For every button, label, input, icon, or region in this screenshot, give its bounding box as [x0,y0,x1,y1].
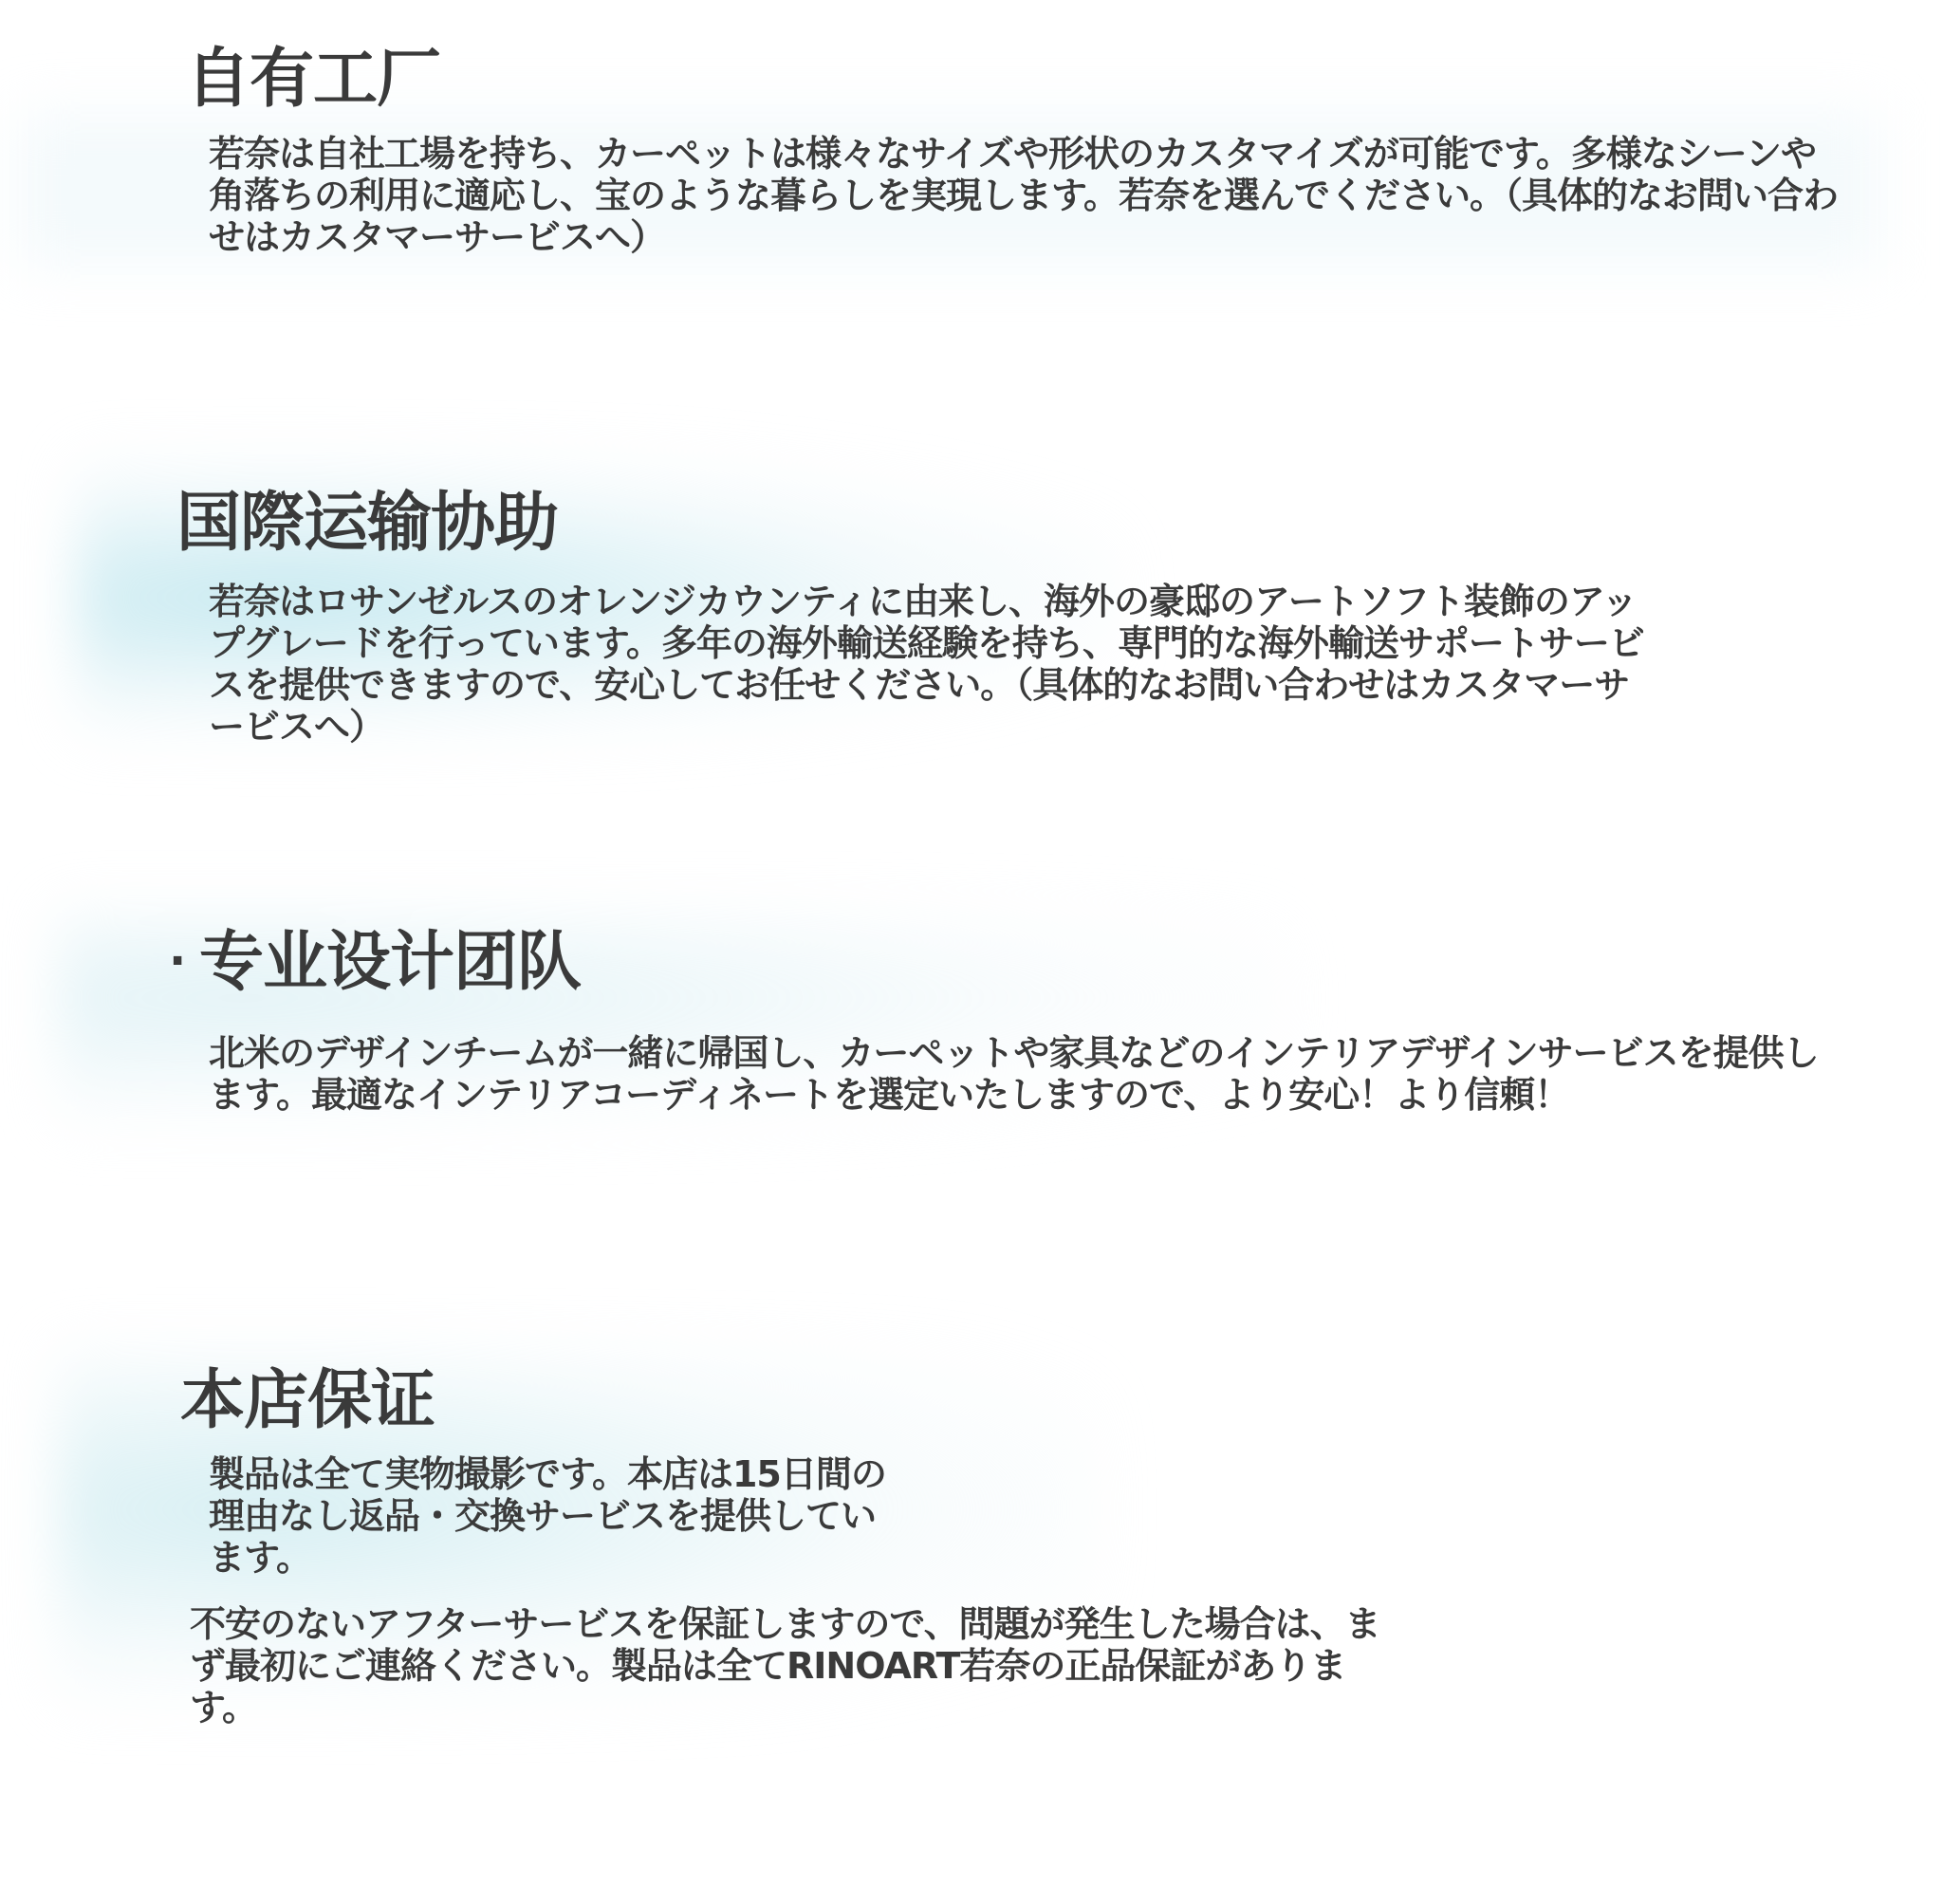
section-description: 若奈は自社工場を持ち、カーペットは様々なサイズや形状のカスタマイズが可能です。多… [209,133,1841,258]
section-title: 自有工厂 [186,42,440,118]
section-title: 本店保证 [180,1363,435,1439]
section-note: 不安のないアフターサービスを保証しますので、問題が発生した場合は、まず最初にご連… [190,1603,1404,1728]
bullet-dot-icon: · [169,934,186,988]
section-description: 若奈はロサンゼルスのオレンジカウンティに由来し、海外の豪邸のアートソフト装飾のア… [209,581,1651,748]
section-title: 国際运输协助 [176,486,558,562]
section-title: 专业设计团队 [199,925,581,1001]
section-description: 北米のデザインチームが一緒に帰国し、カーペットや家具などのインテリアデザインサー… [209,1032,1822,1116]
section-description: 製品は全て実物撮影です。本店は15日間の理由なし返品・交換サービスを提供していま… [209,1453,901,1579]
